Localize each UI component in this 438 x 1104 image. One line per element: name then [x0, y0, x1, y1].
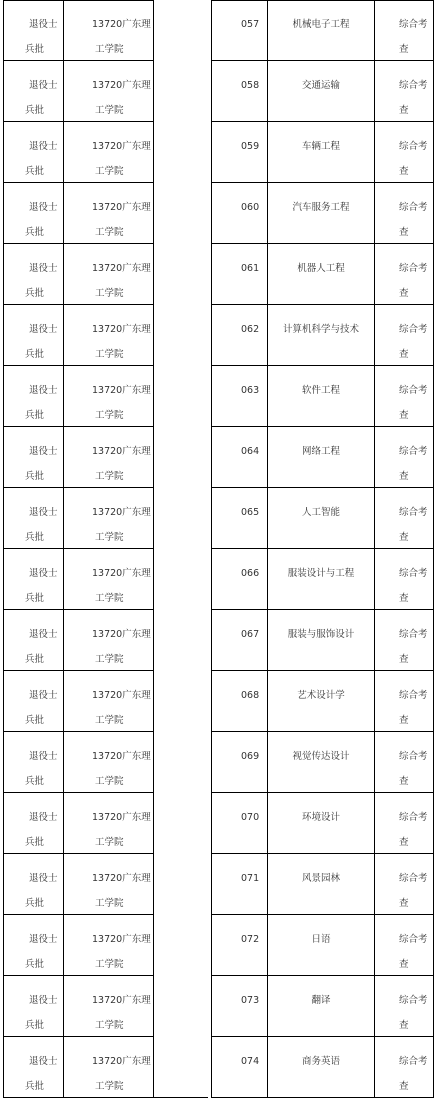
batch-cell: 退役士 兵批	[3, 244, 63, 305]
exam-method-line1: 综合考	[399, 812, 428, 824]
major-code-cell: 063	[211, 366, 267, 427]
major-name: 艺术设计学	[268, 690, 374, 702]
major-name-cell: 计算机科学与技术	[267, 305, 374, 366]
exam-method-cell: 综合考 查	[374, 305, 434, 366]
school-text-line2: 工学院	[95, 288, 124, 300]
table-row: 退役士 兵批 13720广东理 工学院 071 风景园林 综合考 查	[3, 854, 434, 915]
school-text-line2: 工学院	[95, 837, 124, 849]
major-name: 计算机科学与技术	[268, 324, 374, 336]
exam-method-line2: 查	[399, 288, 409, 300]
major-code-cell: 073	[211, 976, 267, 1037]
school-cell: 13720广东理 工学院	[63, 244, 154, 305]
exam-method-cell: 综合考 查	[374, 671, 434, 732]
school-cell: 13720广东理 工学院	[63, 122, 154, 183]
batch-text-line2: 兵批	[25, 166, 44, 178]
batch-text-line1: 退役士	[29, 1056, 58, 1068]
batch-text-line1: 退役士	[29, 263, 58, 275]
school-cell: 13720广东理 工学院	[63, 61, 154, 122]
major-name-cell: 网络工程	[267, 427, 374, 488]
major-name-cell: 机器人工程	[267, 244, 374, 305]
batch-text-line2: 兵批	[25, 227, 44, 239]
batch-text-line1: 退役士	[29, 995, 58, 1007]
exam-method-cell: 综合考 查	[374, 610, 434, 671]
batch-text-line2: 兵批	[25, 715, 44, 727]
batch-text-line2: 兵批	[25, 410, 44, 422]
exam-method-line2: 查	[399, 959, 409, 971]
major-code: 064	[241, 446, 259, 458]
school-text-line1: 13720广东理	[92, 1056, 151, 1068]
batch-text-line1: 退役士	[29, 202, 58, 214]
major-name-cell: 风景园林	[267, 854, 374, 915]
school-text-line1: 13720广东理	[92, 19, 151, 31]
exam-method-cell: 综合考 查	[374, 549, 434, 610]
major-code: 072	[241, 934, 259, 946]
batch-cell: 退役士 兵批	[3, 915, 63, 976]
table-row: 退役士 兵批 13720广东理 工学院 069 视觉传达设计 综合考 查	[3, 732, 434, 793]
table-row: 退役士 兵批 13720广东理 工学院 065 人工智能 综合考 查	[3, 488, 434, 549]
batch-text-line1: 退役士	[29, 385, 58, 397]
table-row: 退役士 兵批 13720广东理 工学院 060 汽车服务工程 综合考 查	[3, 183, 434, 244]
batch-text-line1: 退役士	[29, 80, 58, 92]
table-row: 退役士 兵批 13720广东理 工学院 059 车辆工程 综合考 查	[3, 122, 434, 183]
table-row: 退役士 兵批 13720广东理 工学院 061 机器人工程 综合考 查	[3, 244, 434, 305]
major-code: 068	[241, 690, 259, 702]
school-text-line1: 13720广东理	[92, 446, 151, 458]
major-code-cell: 072	[211, 915, 267, 976]
school-cell: 13720广东理 工学院	[63, 732, 154, 793]
batch-text-line1: 退役士	[29, 934, 58, 946]
batch-cell: 退役士 兵批	[3, 610, 63, 671]
table-row: 退役士 兵批 13720广东理 工学院 063 软件工程 综合考 查	[3, 366, 434, 427]
table-bottom-border-gap	[151, 1097, 208, 1099]
major-code-cell: 061	[211, 244, 267, 305]
school-text-line1: 13720广东理	[92, 324, 151, 336]
major-name-cell: 服装与服饰设计	[267, 610, 374, 671]
exam-method-line2: 查	[399, 410, 409, 422]
major-code-cell: 067	[211, 610, 267, 671]
major-name: 服装与服饰设计	[268, 629, 374, 641]
major-code: 066	[241, 568, 259, 580]
major-name-cell: 机械电子工程	[267, 0, 374, 61]
major-name: 汽车服务工程	[268, 202, 374, 214]
major-name-cell: 日语	[267, 915, 374, 976]
table-row: 退役士 兵批 13720广东理 工学院 067 服装与服饰设计 综合考 查	[3, 610, 434, 671]
school-text-line2: 工学院	[95, 776, 124, 788]
exam-method-cell: 综合考 查	[374, 122, 434, 183]
major-name-cell: 商务英语	[267, 1037, 374, 1098]
batch-cell: 退役士 兵批	[3, 366, 63, 427]
school-text-line2: 工学院	[95, 715, 124, 727]
exam-method-line2: 查	[399, 898, 409, 910]
batch-text-line1: 退役士	[29, 446, 58, 458]
school-text-line2: 工学院	[95, 349, 124, 361]
major-code: 058	[241, 80, 259, 92]
major-code: 070	[241, 812, 259, 824]
school-text-line1: 13720广东理	[92, 812, 151, 824]
batch-text-line2: 兵批	[25, 288, 44, 300]
exam-method-line1: 综合考	[399, 1056, 428, 1068]
school-text-line1: 13720广东理	[92, 751, 151, 763]
major-code-cell: 071	[211, 854, 267, 915]
exam-method-line1: 综合考	[399, 934, 428, 946]
table-row: 退役士 兵批 13720广东理 工学院 073 翻译 综合考 查	[3, 976, 434, 1037]
major-code: 073	[241, 995, 259, 1007]
school-text-line2: 工学院	[95, 410, 124, 422]
school-cell: 13720广东理 工学院	[63, 549, 154, 610]
exam-method-cell: 综合考 查	[374, 61, 434, 122]
major-code-cell: 057	[211, 0, 267, 61]
batch-text-line2: 兵批	[25, 959, 44, 971]
exam-method-line2: 查	[399, 349, 409, 361]
major-code: 060	[241, 202, 259, 214]
major-name: 交通运输	[268, 80, 374, 92]
exam-method-cell: 综合考 查	[374, 0, 434, 61]
table-row: 退役士 兵批 13720广东理 工学院 070 环境设计 综合考 查	[3, 793, 434, 854]
school-cell: 13720广东理 工学院	[63, 488, 154, 549]
school-text-line1: 13720广东理	[92, 385, 151, 397]
major-code: 063	[241, 385, 259, 397]
exam-method-line1: 综合考	[399, 263, 428, 275]
school-cell: 13720广东理 工学院	[63, 305, 154, 366]
major-name: 风景园林	[268, 873, 374, 885]
table-row: 退役士 兵批 13720广东理 工学院 072 日语 综合考 查	[3, 915, 434, 976]
batch-text-line1: 退役士	[29, 507, 58, 519]
school-text-line2: 工学院	[95, 959, 124, 971]
table-row: 退役士 兵批 13720广东理 工学院 068 艺术设计学 综合考 查	[3, 671, 434, 732]
major-code: 067	[241, 629, 259, 641]
batch-text-line2: 兵批	[25, 349, 44, 361]
major-code-cell: 074	[211, 1037, 267, 1098]
batch-text-line1: 退役士	[29, 751, 58, 763]
exam-method-line2: 查	[399, 654, 409, 666]
major-code-cell: 069	[211, 732, 267, 793]
major-code-cell: 059	[211, 122, 267, 183]
exam-method-line1: 综合考	[399, 324, 428, 336]
batch-cell: 退役士 兵批	[3, 488, 63, 549]
batch-text-line1: 退役士	[29, 812, 58, 824]
batch-text-line2: 兵批	[25, 105, 44, 117]
batch-text-line1: 退役士	[29, 568, 58, 580]
major-name: 视觉传达设计	[268, 751, 374, 763]
major-code: 065	[241, 507, 259, 519]
school-text-line2: 工学院	[95, 654, 124, 666]
major-name-cell: 软件工程	[267, 366, 374, 427]
batch-cell: 退役士 兵批	[3, 61, 63, 122]
batch-cell: 退役士 兵批	[3, 305, 63, 366]
batch-cell: 退役士 兵批	[3, 427, 63, 488]
major-name: 商务英语	[268, 1056, 374, 1068]
major-code-cell: 058	[211, 61, 267, 122]
major-name: 机械电子工程	[268, 19, 374, 31]
batch-text-line1: 退役士	[29, 324, 58, 336]
exam-method-cell: 综合考 查	[374, 976, 434, 1037]
major-name: 日语	[268, 934, 374, 946]
major-name-cell: 视觉传达设计	[267, 732, 374, 793]
exam-method-line1: 综合考	[399, 19, 428, 31]
major-code-cell: 065	[211, 488, 267, 549]
exam-method-line1: 综合考	[399, 873, 428, 885]
table-row: 退役士 兵批 13720广东理 工学院 057 机械电子工程 综合考 查	[3, 0, 434, 61]
exam-method-line1: 综合考	[399, 568, 428, 580]
major-code: 074	[241, 1056, 259, 1068]
school-cell: 13720广东理 工学院	[63, 671, 154, 732]
major-name-cell: 翻译	[267, 976, 374, 1037]
batch-cell: 退役士 兵批	[3, 549, 63, 610]
major-code: 069	[241, 751, 259, 763]
school-cell: 13720广东理 工学院	[63, 793, 154, 854]
table-row: 退役士 兵批 13720广东理 工学院 058 交通运输 综合考 查	[3, 61, 434, 122]
batch-text-line2: 兵批	[25, 593, 44, 605]
major-code: 057	[241, 19, 259, 31]
admissions-table: 退役士 兵批 13720广东理 工学院 057 机械电子工程 综合考 查 退役士…	[3, 0, 434, 1098]
major-code: 062	[241, 324, 259, 336]
exam-method-line1: 综合考	[399, 446, 428, 458]
major-code: 071	[241, 873, 259, 885]
exam-method-line1: 综合考	[399, 690, 428, 702]
major-code-cell: 070	[211, 793, 267, 854]
school-text-line2: 工学院	[95, 227, 124, 239]
school-text-line1: 13720广东理	[92, 629, 151, 641]
major-name-cell: 汽车服务工程	[267, 183, 374, 244]
school-text-line1: 13720广东理	[92, 690, 151, 702]
batch-text-line2: 兵批	[25, 471, 44, 483]
major-name: 车辆工程	[268, 141, 374, 153]
batch-text-line2: 兵批	[25, 1020, 44, 1032]
exam-method-line1: 综合考	[399, 80, 428, 92]
major-name-cell: 车辆工程	[267, 122, 374, 183]
school-cell: 13720广东理 工学院	[63, 427, 154, 488]
batch-text-line2: 兵批	[25, 532, 44, 544]
major-name-cell: 环境设计	[267, 793, 374, 854]
batch-text-line2: 兵批	[25, 898, 44, 910]
school-text-line1: 13720广东理	[92, 873, 151, 885]
school-cell: 13720广东理 工学院	[63, 183, 154, 244]
major-name: 人工智能	[268, 507, 374, 519]
exam-method-cell: 综合考 查	[374, 732, 434, 793]
batch-text-line1: 退役士	[29, 19, 58, 31]
exam-method-cell: 综合考 查	[374, 366, 434, 427]
school-text-line2: 工学院	[95, 532, 124, 544]
major-code-cell: 068	[211, 671, 267, 732]
school-cell: 13720广东理 工学院	[63, 854, 154, 915]
major-name-cell: 人工智能	[267, 488, 374, 549]
batch-text-line2: 兵批	[25, 776, 44, 788]
school-text-line1: 13720广东理	[92, 507, 151, 519]
exam-method-cell: 综合考 查	[374, 427, 434, 488]
major-code-cell: 060	[211, 183, 267, 244]
school-cell: 13720广东理 工学院	[63, 610, 154, 671]
exam-method-cell: 综合考 查	[374, 244, 434, 305]
batch-cell: 退役士 兵批	[3, 671, 63, 732]
batch-text-line2: 兵批	[25, 44, 44, 56]
exam-method-cell: 综合考 查	[374, 915, 434, 976]
school-cell: 13720广东理 工学院	[63, 915, 154, 976]
batch-cell: 退役士 兵批	[3, 793, 63, 854]
school-text-line1: 13720广东理	[92, 80, 151, 92]
school-text-line1: 13720广东理	[92, 995, 151, 1007]
batch-text-line1: 退役士	[29, 690, 58, 702]
exam-method-line2: 查	[399, 166, 409, 178]
batch-cell: 退役士 兵批	[3, 854, 63, 915]
batch-cell: 退役士 兵批	[3, 0, 63, 61]
school-text-line2: 工学院	[95, 166, 124, 178]
batch-text-line1: 退役士	[29, 629, 58, 641]
school-cell: 13720广东理 工学院	[63, 1037, 154, 1098]
exam-method-line1: 综合考	[399, 202, 428, 214]
school-text-line2: 工学院	[95, 898, 124, 910]
batch-cell: 退役士 兵批	[3, 976, 63, 1037]
exam-method-line1: 综合考	[399, 629, 428, 641]
batch-text-line2: 兵批	[25, 837, 44, 849]
exam-method-line1: 综合考	[399, 385, 428, 397]
school-text-line1: 13720广东理	[92, 263, 151, 275]
exam-method-line2: 查	[399, 471, 409, 483]
batch-text-line1: 退役士	[29, 873, 58, 885]
major-name-cell: 交通运输	[267, 61, 374, 122]
major-code-cell: 064	[211, 427, 267, 488]
school-text-line2: 工学院	[95, 1081, 124, 1093]
major-code: 059	[241, 141, 259, 153]
exam-method-line2: 查	[399, 1020, 409, 1032]
school-text-line1: 13720广东理	[92, 202, 151, 214]
exam-method-cell: 综合考 查	[374, 793, 434, 854]
school-cell: 13720广东理 工学院	[63, 366, 154, 427]
school-text-line2: 工学院	[95, 1020, 124, 1032]
exam-method-line2: 查	[399, 776, 409, 788]
school-text-line2: 工学院	[95, 44, 124, 56]
batch-cell: 退役士 兵批	[3, 183, 63, 244]
school-text-line2: 工学院	[95, 105, 124, 117]
exam-method-cell: 综合考 查	[374, 488, 434, 549]
major-code-cell: 066	[211, 549, 267, 610]
school-text-line1: 13720广东理	[92, 141, 151, 153]
major-name: 翻译	[268, 995, 374, 1007]
exam-method-line2: 查	[399, 715, 409, 727]
exam-method-cell: 综合考 查	[374, 854, 434, 915]
table-row: 退役士 兵批 13720广东理 工学院 074 商务英语 综合考 查	[3, 1037, 434, 1098]
school-cell: 13720广东理 工学院	[63, 0, 154, 61]
exam-method-line2: 查	[399, 227, 409, 239]
exam-method-line1: 综合考	[399, 507, 428, 519]
exam-method-line2: 查	[399, 1081, 409, 1093]
exam-method-line1: 综合考	[399, 141, 428, 153]
school-text-line2: 工学院	[95, 593, 124, 605]
exam-method-line1: 综合考	[399, 751, 428, 763]
batch-cell: 退役士 兵批	[3, 122, 63, 183]
major-code: 061	[241, 263, 259, 275]
batch-text-line2: 兵批	[25, 654, 44, 666]
exam-method-line2: 查	[399, 44, 409, 56]
major-name-cell: 艺术设计学	[267, 671, 374, 732]
batch-cell: 退役士 兵批	[3, 732, 63, 793]
batch-cell: 退役士 兵批	[3, 1037, 63, 1098]
major-name: 服装设计与工程	[268, 568, 374, 580]
exam-method-cell: 综合考 查	[374, 183, 434, 244]
table-row: 退役士 兵批 13720广东理 工学院 066 服装设计与工程 综合考 查	[3, 549, 434, 610]
batch-text-line1: 退役士	[29, 141, 58, 153]
school-cell: 13720广东理 工学院	[63, 976, 154, 1037]
exam-method-line2: 查	[399, 105, 409, 117]
exam-method-cell: 综合考 查	[374, 1037, 434, 1098]
school-text-line1: 13720广东理	[92, 568, 151, 580]
major-code-cell: 062	[211, 305, 267, 366]
school-text-line2: 工学院	[95, 471, 124, 483]
table-row: 退役士 兵批 13720广东理 工学院 064 网络工程 综合考 查	[3, 427, 434, 488]
major-name: 网络工程	[268, 446, 374, 458]
major-name: 软件工程	[268, 385, 374, 397]
exam-method-line2: 查	[399, 837, 409, 849]
exam-method-line1: 综合考	[399, 995, 428, 1007]
school-text-line1: 13720广东理	[92, 934, 151, 946]
table-row: 退役士 兵批 13720广东理 工学院 062 计算机科学与技术 综合考 查	[3, 305, 434, 366]
major-name: 环境设计	[268, 812, 374, 824]
exam-method-line2: 查	[399, 532, 409, 544]
major-name: 机器人工程	[268, 263, 374, 275]
batch-text-line2: 兵批	[25, 1081, 44, 1093]
major-name-cell: 服装设计与工程	[267, 549, 374, 610]
exam-method-line2: 查	[399, 593, 409, 605]
